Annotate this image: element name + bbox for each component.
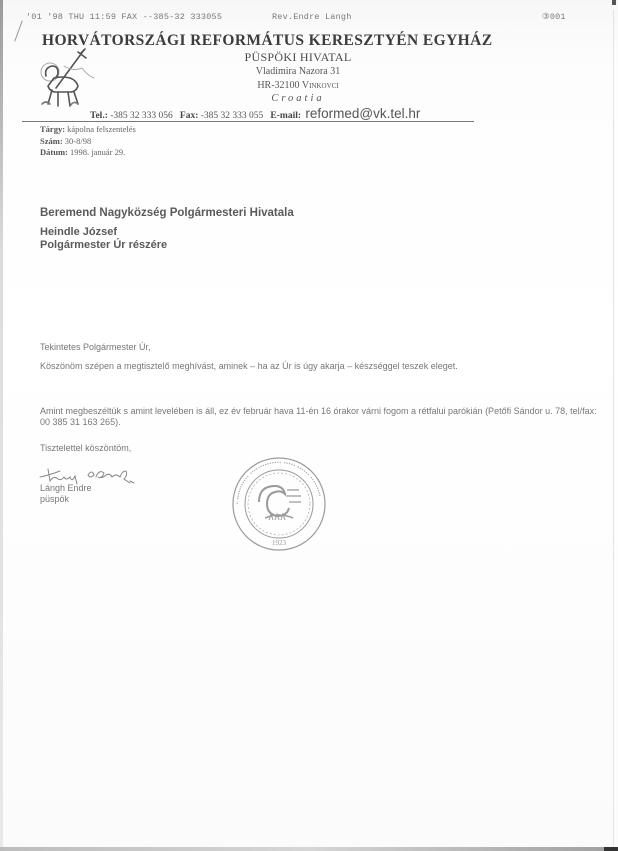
scan-edge-right [613,10,614,845]
subject-label: Tárgy: [40,124,65,134]
scan-corner-mark [612,0,616,5]
scan-edge-bottom [0,847,618,851]
body-paragraph-2: Amint megbeszéltük s amint levelében is … [40,406,600,427]
scan-corner-mark [604,847,618,851]
recipient-organization: Beremend Nagyközség Polgármesteri Hivata… [40,207,294,219]
fax-datetime-number: '01 '98 THU 11:59 FAX --385-32 333055 [26,12,222,22]
date-label: Dátum: [40,147,68,157]
fax-number: -385 32 333 055 [201,111,264,121]
email-address: reformed@vk.tel.hr [305,106,420,121]
fax-sender: Rev.Endre Langh [272,12,352,22]
stamp-year: 1923 [272,539,287,547]
fax-label: Fax: [180,111,198,121]
meta-subject: Tárgy: kápolna felszentelés [40,124,136,136]
handwritten-signature-icon [38,463,168,485]
recipient-block: Beremend Nagyközség Polgármesteri Hivata… [40,207,294,251]
scanned-letter-page: '01 '98 THU 11:59 FAX --385-32 333055 Re… [0,0,618,851]
salutation: Tekintetes Polgármester Úr, [40,342,600,353]
letter-meta: Tárgy: kápolna felszentelés Szám: 30-8/9… [40,124,136,159]
church-seal-stamp-icon: 1923 • ••••••••••• •••••••••••••• ••••• … [229,452,329,556]
number-label: Szám: [40,136,63,146]
body-paragraph-1: Köszönöm szépen a megtisztelő meghívást,… [40,361,600,372]
svg-text:• ••••••••••• •••••••••••••• •: • ••••••••••• •••••••••••••• ••••• •••••… [235,460,322,504]
number-value: 30-8/98 [65,136,91,146]
recipient-role: Polgármester Úr részére [40,239,294,252]
letterhead-contact-line: Tel.: -385 32 333 056 Fax: -385 32 333 0… [90,106,490,121]
letterhead-country: Croatia [168,93,428,104]
letterhead-title: HORVÁTORSZÁGI REFORMÁTUS KERESZTYÉN EGYH… [42,32,582,50]
letterhead-street: Vladimira Nazora 31 [168,66,428,77]
letterhead-city: HR-32100 Vinkovci [168,80,428,91]
recipient-name: Heindle József [40,226,294,239]
meta-number: Szám: 30-8/98 [40,136,136,148]
letterhead-divider [22,121,474,122]
tel-number: -385 32 333 056 [110,111,173,121]
fold-mark [14,20,22,41]
subject-value: kápolna felszentelés [67,124,136,134]
letterhead-office: PÜSPÖKI HIVATAL [118,50,478,65]
date-value: 1998. január 29. [70,147,125,157]
tel-label: Tel.: [90,111,108,121]
email-label: E-mail: [270,111,301,121]
meta-date: Dátum: 1998. január 29. [40,147,136,159]
scan-edge-left [0,0,3,851]
fax-page-number: ③001 [542,12,566,22]
lamb-with-cross-icon [34,46,96,112]
